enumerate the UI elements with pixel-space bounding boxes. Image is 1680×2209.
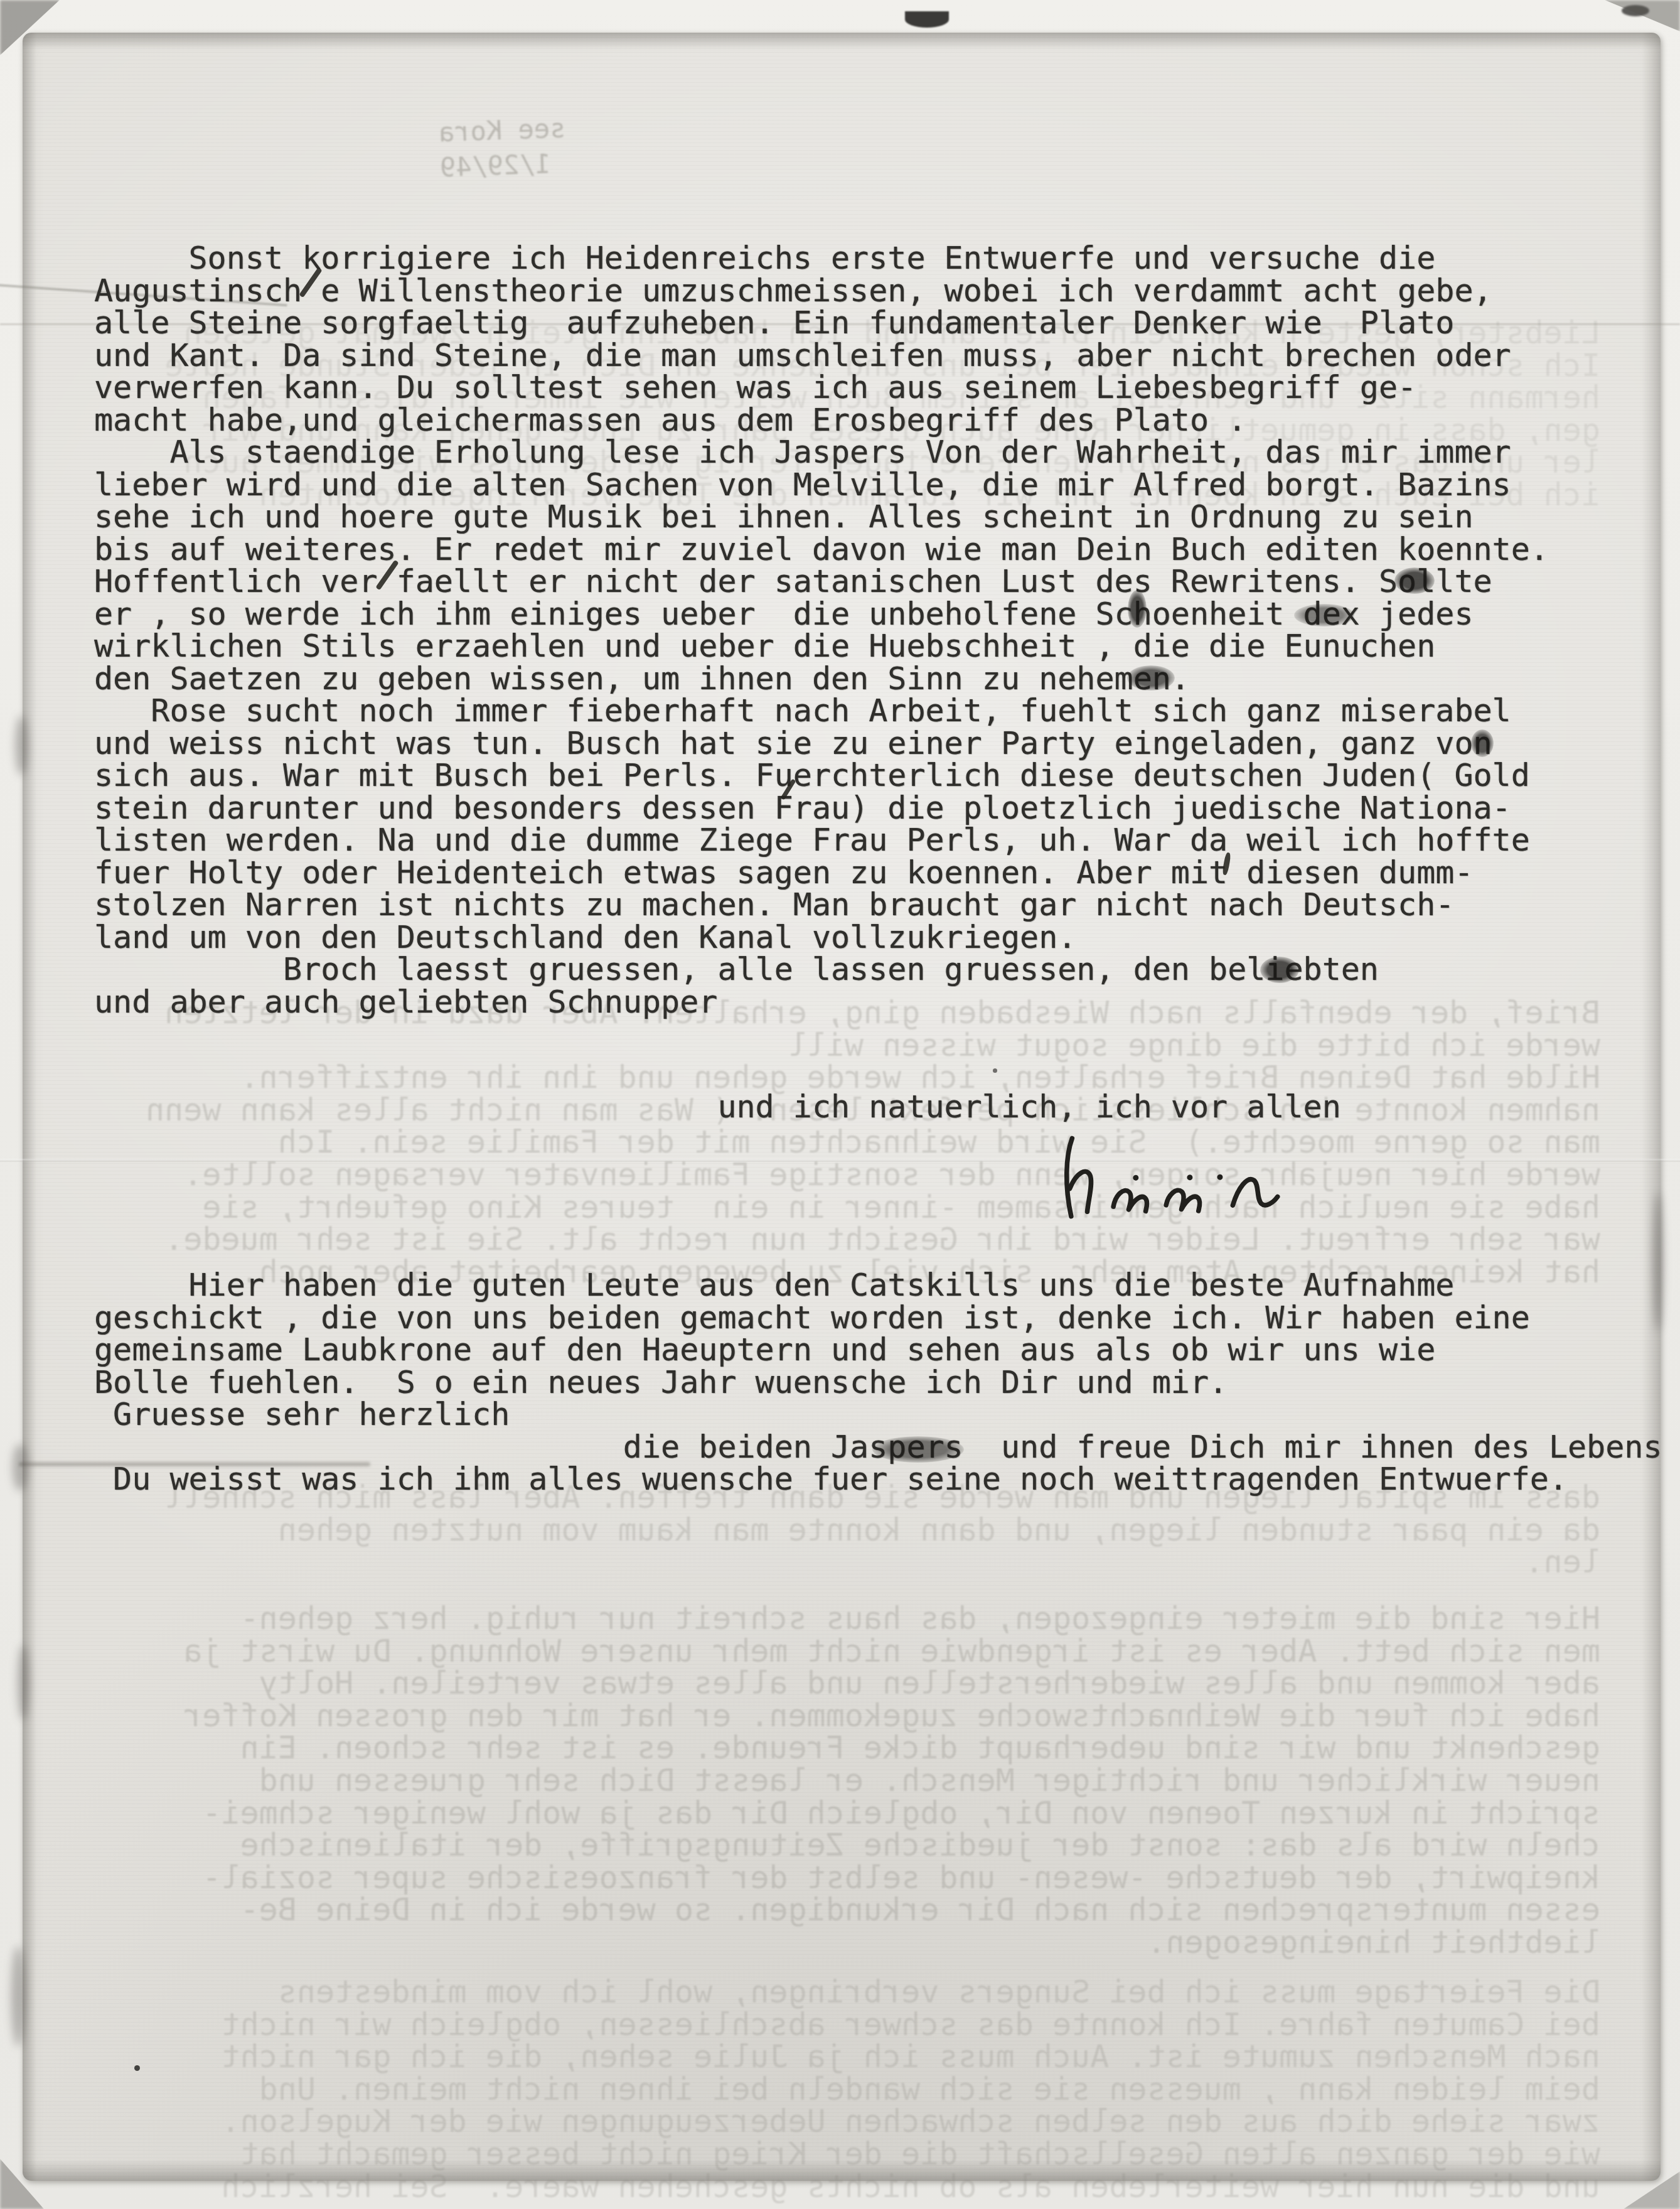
edge-smudge-left-4 [11, 1946, 25, 2046]
speck-middle [993, 1068, 997, 1073]
edge-smudge-left-3 [18, 1645, 29, 1720]
corner-shadow-top-right [1605, 0, 1680, 31]
edge-smudge-left-2 [13, 1444, 28, 1491]
scan-mark-top-right [1622, 5, 1649, 16]
speck-bottom-left [134, 2065, 140, 2071]
paper-texture [23, 33, 1661, 2181]
edge-smudge-right [1653, 1193, 1663, 1331]
scan-mark-top-center [905, 11, 949, 28]
edge-smudge-left-1 [15, 716, 28, 775]
scanned-letter-page: { "document": { "kind": "typewritten let… [0, 0, 1680, 2209]
